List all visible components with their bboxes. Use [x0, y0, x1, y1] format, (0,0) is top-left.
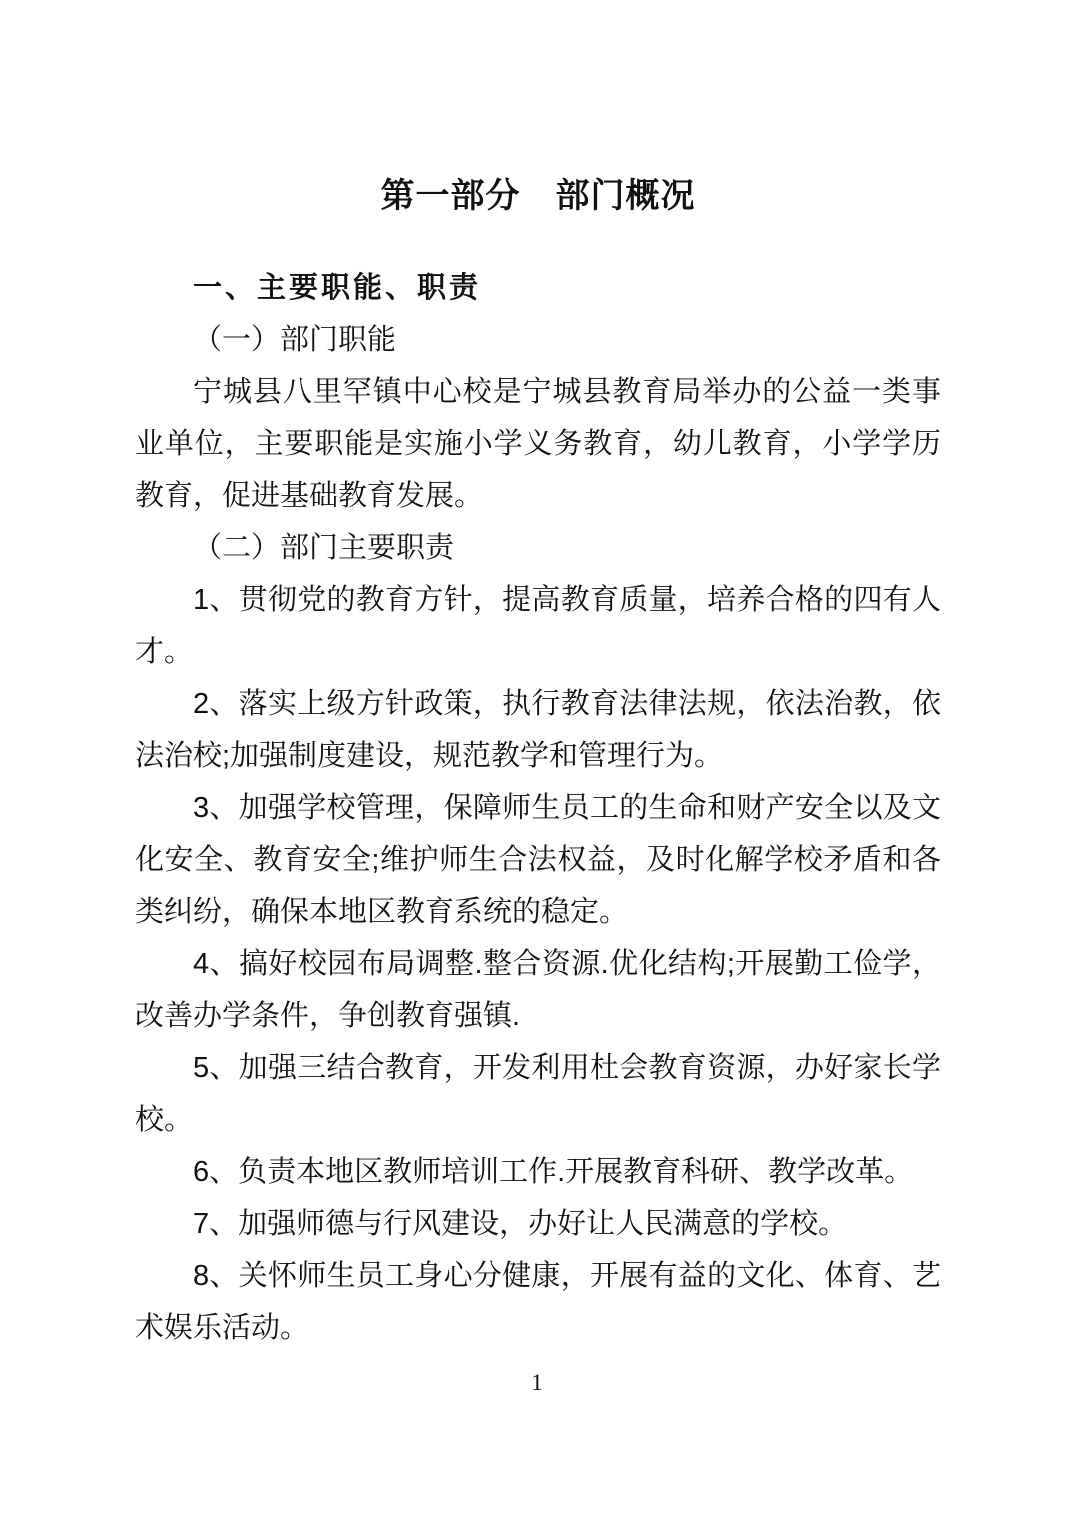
- section-heading-main-functions-duties: 一、主要职能、职责: [135, 262, 941, 314]
- duty-item-7: 7、加强师德与行风建设，办好让人民满意的学校。: [135, 1198, 941, 1250]
- duty-item-8: 8、关怀师生员工身心分健康，开展有益的文化、体育、艺术娱乐活动。: [135, 1250, 941, 1354]
- paragraph-department-functions: 宁城县八里罕镇中心校是宁城县教育局举办的公益一类事业单位，主要职能是实施小学义务…: [135, 366, 941, 522]
- duty-item-1: 1、贯彻党的教育方针，提高教育质量，培养合格的四有人才。: [135, 574, 941, 678]
- subsection-heading-department-functions: （一）部门职能: [135, 314, 941, 366]
- duty-item-4: 4、搞好校园布局调整.整合资源.优化结构;开展勤工俭学，改善办学条件，争创教育强…: [135, 938, 941, 1042]
- duty-item-2: 2、落实上级方针政策，执行教育法律法规，依法治教，依法治校;加强制度建设，规范教…: [135, 678, 941, 782]
- duty-item-6: 6、负责本地区教师培训工作.开展教育科研、教学改革。: [135, 1146, 941, 1198]
- duty-item-3: 3、加强学校管理，保障师生员工的生命和财产安全以及文化安全、教育安全;维护师生合…: [135, 782, 941, 938]
- page-number: 1: [0, 1368, 1074, 1398]
- subsection-heading-department-duties: （二）部门主要职责: [135, 522, 941, 574]
- document-title: 第一部分 部门概况: [135, 174, 941, 218]
- document-page: 第一部分 部门概况 一、主要职能、职责 （一）部门职能 宁城县八里罕镇中心校是宁…: [0, 0, 1074, 1520]
- document-content: 第一部分 部门概况 一、主要职能、职责 （一）部门职能 宁城县八里罕镇中心校是宁…: [135, 174, 941, 1354]
- duty-item-5: 5、加强三结合教育，开发利用杜会教育资源，办好家长学校。: [135, 1042, 941, 1146]
